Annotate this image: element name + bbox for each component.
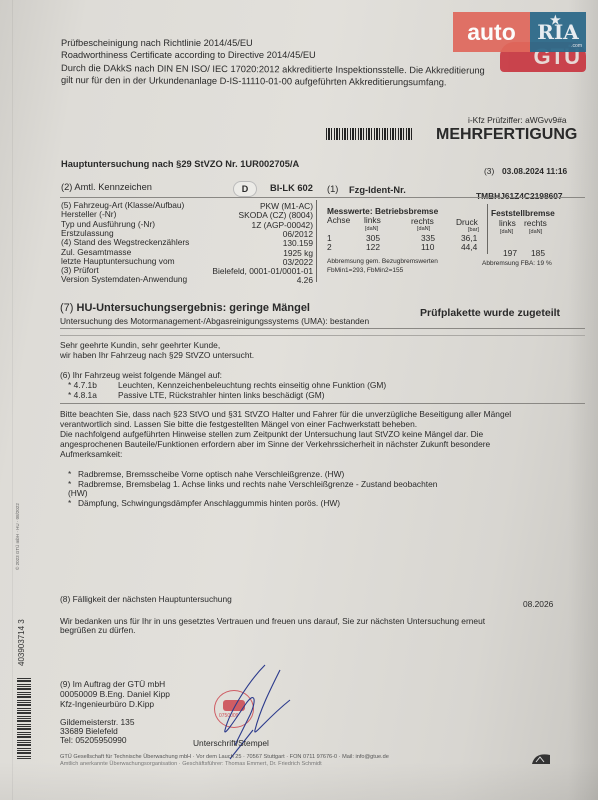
inspection-title: Hauptuntersuchung nach §29 StVZO Nr. 1UR… [61,159,299,170]
ria-domain: .com [571,44,582,49]
notice-line: Aufmerksamkeit: [60,449,122,459]
form-code: © 2023 GTÜ mbH · HU · 08/2022 [14,503,22,570]
header-line-2: Roadworthiness Certificate according to … [61,50,316,61]
brake-note-2: FbMin1=293, FbMin2=155 [327,267,403,275]
brake-note-1: Abbremsung gem. Bezugbremswerten [327,258,438,266]
defect-code: * 4.8.1a [68,390,97,400]
header-line-1: Prüfbescheinigung nach Richtlinie 2014/4… [61,38,253,49]
vin-value: TMBHJ61Z4C2198607 [476,191,563,201]
unit-left: [daN] [365,225,378,233]
country-badge: D [233,181,257,197]
signature-label: Unterschrift/Stempel [193,738,269,748]
copy-label: MEHRFERTIGUNG [436,126,577,144]
defects-title: (6) Ihr Fahrzeug weist folgende Mängel a… [60,370,222,380]
hint-item: (HW) [68,488,88,498]
brake-pressure: 44,4 [461,242,477,252]
parking-right-value: 185 [531,248,545,258]
date-label: (3) [484,166,494,176]
parking-unit-right: [daN] [529,228,542,236]
autoria-watermark-auto: auto [453,12,530,52]
parking-brake-title: Feststellbremse [491,208,555,218]
unit-right: [daN] [417,225,430,233]
signatory-line-3: Kfz-Ingenieurbüro D.Kipp [60,699,154,709]
divider-vertical [487,204,488,254]
parking-right-label: rechts [524,218,547,228]
hint-item: Radbremse, Bremsscheibe Vorne optisch na… [78,469,344,479]
parking-unit-left: [daN] [500,228,513,236]
next-inspection-date: 08.2026 [523,599,553,609]
header-line-4: gilt nur für den in der Urkundenanlage D… [61,75,447,88]
thanks-line-2: begrüßen zu dürfen. [60,625,135,635]
result-number: (7) [60,302,73,314]
hint-item: Dämpfung, Schwingungsdämpfer Anschlaggum… [78,498,340,508]
bullet-icon: * [68,498,71,508]
brake-right: 110 [421,242,434,252]
inspection-date: 03.08.2024 11:16 [502,166,567,176]
result-text: HU-Untersuchungsergebnis: geringe Mängel [77,302,310,314]
barcode [326,128,414,140]
greeting: Sehr geehrte Kundin, sehr geehrter Kunde… [60,340,220,350]
col-axle: Achse [327,215,350,225]
signatory-line-2: 00050009 B.Eng. Daniel Kipp [60,689,170,699]
notice-line: Die nachfolgend aufgeführten Hinweise st… [60,429,483,439]
paper-fold [12,0,13,800]
signatory-line-1: (9) Im Auftrag der GTÜ mbH [60,679,165,689]
notice-line: verantwortlich sind. Lassen Sie bitte di… [60,419,417,429]
serial-number: 403903714 3 [17,619,27,666]
autoria-watermark-ria: ★ RIA .com [530,12,586,52]
defect-text: Leuchten, Kennzeichenbeleuchtung rechts … [118,380,386,390]
intro: wir haben Ihr Fahrzeug nach §29 StVZO un… [60,350,254,360]
sticker-status: Prüfplakette wurde zugeteilt [420,307,560,319]
parking-note: Abbremsung FBA: 19 % [482,260,552,268]
uma-status: Untersuchung des Motormanagement-/Abgasr… [60,316,369,326]
plate-label: (2) Amtl. Kennzeichen [61,182,152,193]
defect-code: * 4.7.1b [68,380,97,390]
brake-left: 122 [366,242,380,252]
parking-left-value: 197 [503,248,517,258]
side-barcode [17,678,31,760]
divider [60,403,585,404]
bullet-icon: * [68,469,71,479]
footer-line-2: Amtlich anerkannte Überwachungsorganisat… [60,760,322,768]
divider [60,335,585,336]
col-left: links [364,215,381,225]
pruefziffer: i-Kfz Prüfziffer: aWGvv9#a [468,115,567,125]
vin-number-label: (1) [327,184,338,195]
star-icon: ★ [550,14,561,26]
result-title: (7) HU-Untersuchungsergebnis: geringe Mä… [60,302,310,315]
divider [60,328,585,329]
defect-text: Passive LTE, Rückstrahler hinten links b… [118,390,325,400]
hint-item: Radbremse, Bremsbelag 1. Achse links und… [78,479,437,489]
brake-axle: 2 [327,242,332,252]
notice-line: angesprochenen Bauteile/Funktionen erfor… [60,439,490,449]
license-plate: BI-LK 602 [270,183,313,194]
next-inspection-label: (8) Fälligkeit der nächsten Hauptuntersu… [60,594,232,604]
vehicle-field-value: 4.26 [297,275,313,285]
paper-edge-shadow [568,0,598,800]
vehicle-field-label: Version Systemdaten-Anwendung [61,274,187,284]
divider [60,197,585,198]
divider-vertical [316,200,317,282]
certification-logo-icon [530,752,552,766]
phone: Tel: 05205950990 [60,735,127,745]
parking-left-label: links [499,218,516,228]
notice-line: Bitte beachten Sie, dass nach §23 StVO u… [60,409,511,419]
vin-label: Fzg-Ident-Nr. [349,185,406,196]
